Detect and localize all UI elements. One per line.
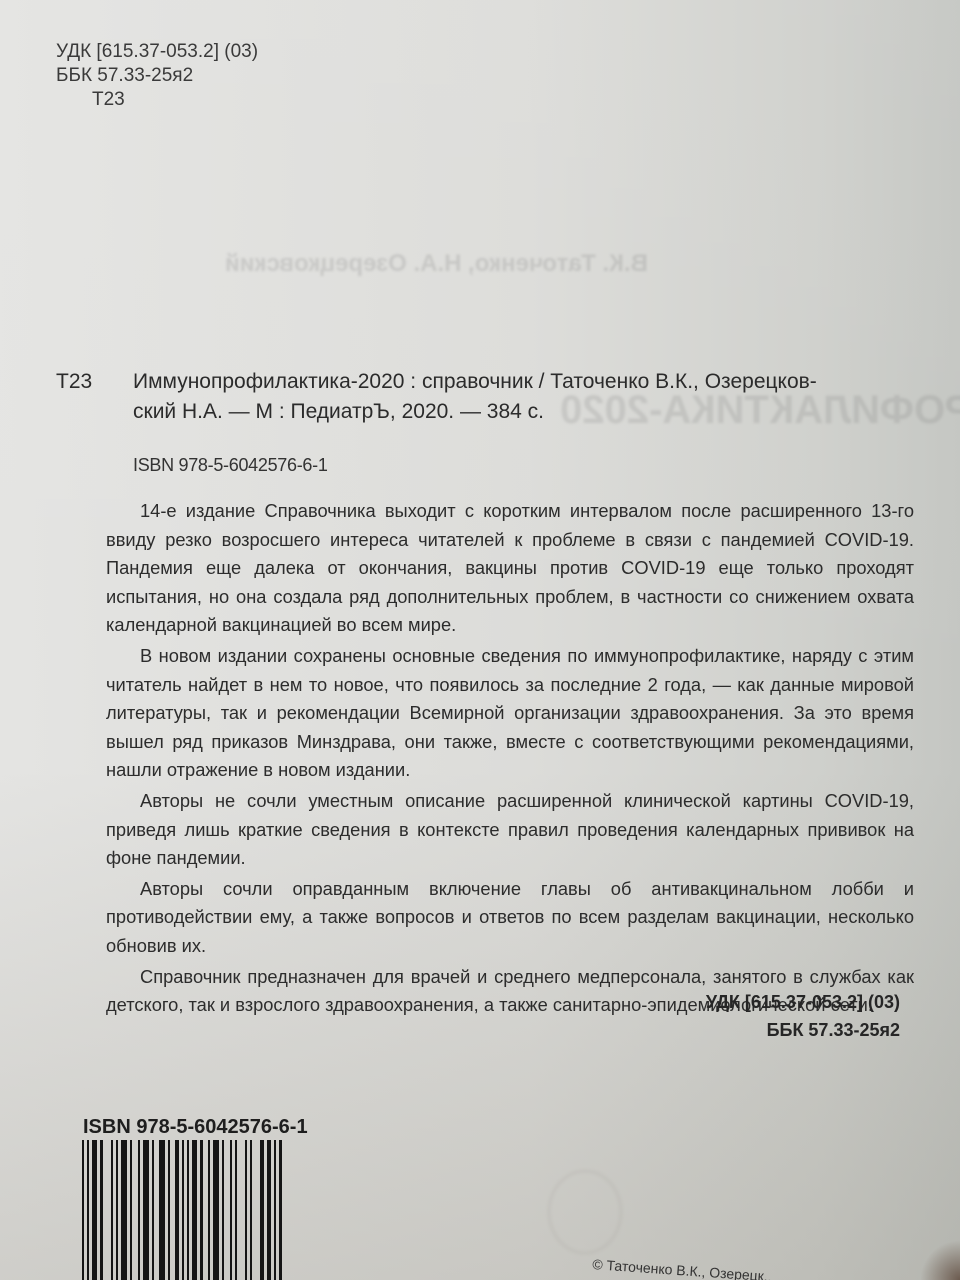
bibliographic-record: Т23 Иммунопрофилактика-2020 : справочник… bbox=[56, 367, 916, 427]
publisher-logo-ghost-icon bbox=[548, 1170, 622, 1254]
author-mark: Т23 bbox=[56, 88, 258, 112]
classification-bottom: УДК [615.37-053.2] (03) ББК 57.33-25я2 bbox=[706, 988, 900, 1044]
record-code: Т23 bbox=[56, 367, 92, 397]
record-line-1: Иммунопрофилактика-2020 : справочник / Т… bbox=[133, 367, 916, 397]
abstract-paragraph: В новом издании сохранены основные сведе… bbox=[106, 642, 914, 785]
abstract-paragraph: Авторы сочли оправданным включение главы… bbox=[106, 875, 914, 961]
abstract-paragraph: 14-е издание Справочника выходит с корот… bbox=[106, 497, 914, 640]
udk-code: УДК [615.37-053.2] (03) bbox=[56, 40, 258, 64]
bleed-through-authors: В.К. Таточенко, Н.А. Озерецковский bbox=[225, 250, 648, 278]
barcode-icon bbox=[82, 1140, 287, 1280]
copyright-notice: © Таточенко В.К., Озерецк... bbox=[592, 1256, 776, 1280]
abstract: 14-е издание Справочника выходит с корот… bbox=[106, 497, 914, 1022]
abstract-paragraph: Авторы не сочли уместным описание расшир… bbox=[106, 787, 914, 873]
barcode-isbn-label: ISBN 978-5-6042576-6-1 bbox=[83, 1116, 308, 1139]
bbk-code-bottom: ББК 57.33-25я2 bbox=[706, 1016, 900, 1044]
udk-code-bottom: УДК [615.37-053.2] (03) bbox=[706, 988, 900, 1016]
record-line-2: ский Н.А. — М : ПедиатрЪ, 2020. — 384 с. bbox=[133, 397, 916, 427]
finger-shadow bbox=[920, 1240, 960, 1280]
classification-top: УДК [615.37-053.2] (03) ББК 57.33-25я2 Т… bbox=[56, 40, 258, 112]
bbk-code: ББК 57.33-25я2 bbox=[56, 64, 258, 88]
record-isbn: ISBN 978-5-6042576-6-1 bbox=[133, 455, 328, 476]
